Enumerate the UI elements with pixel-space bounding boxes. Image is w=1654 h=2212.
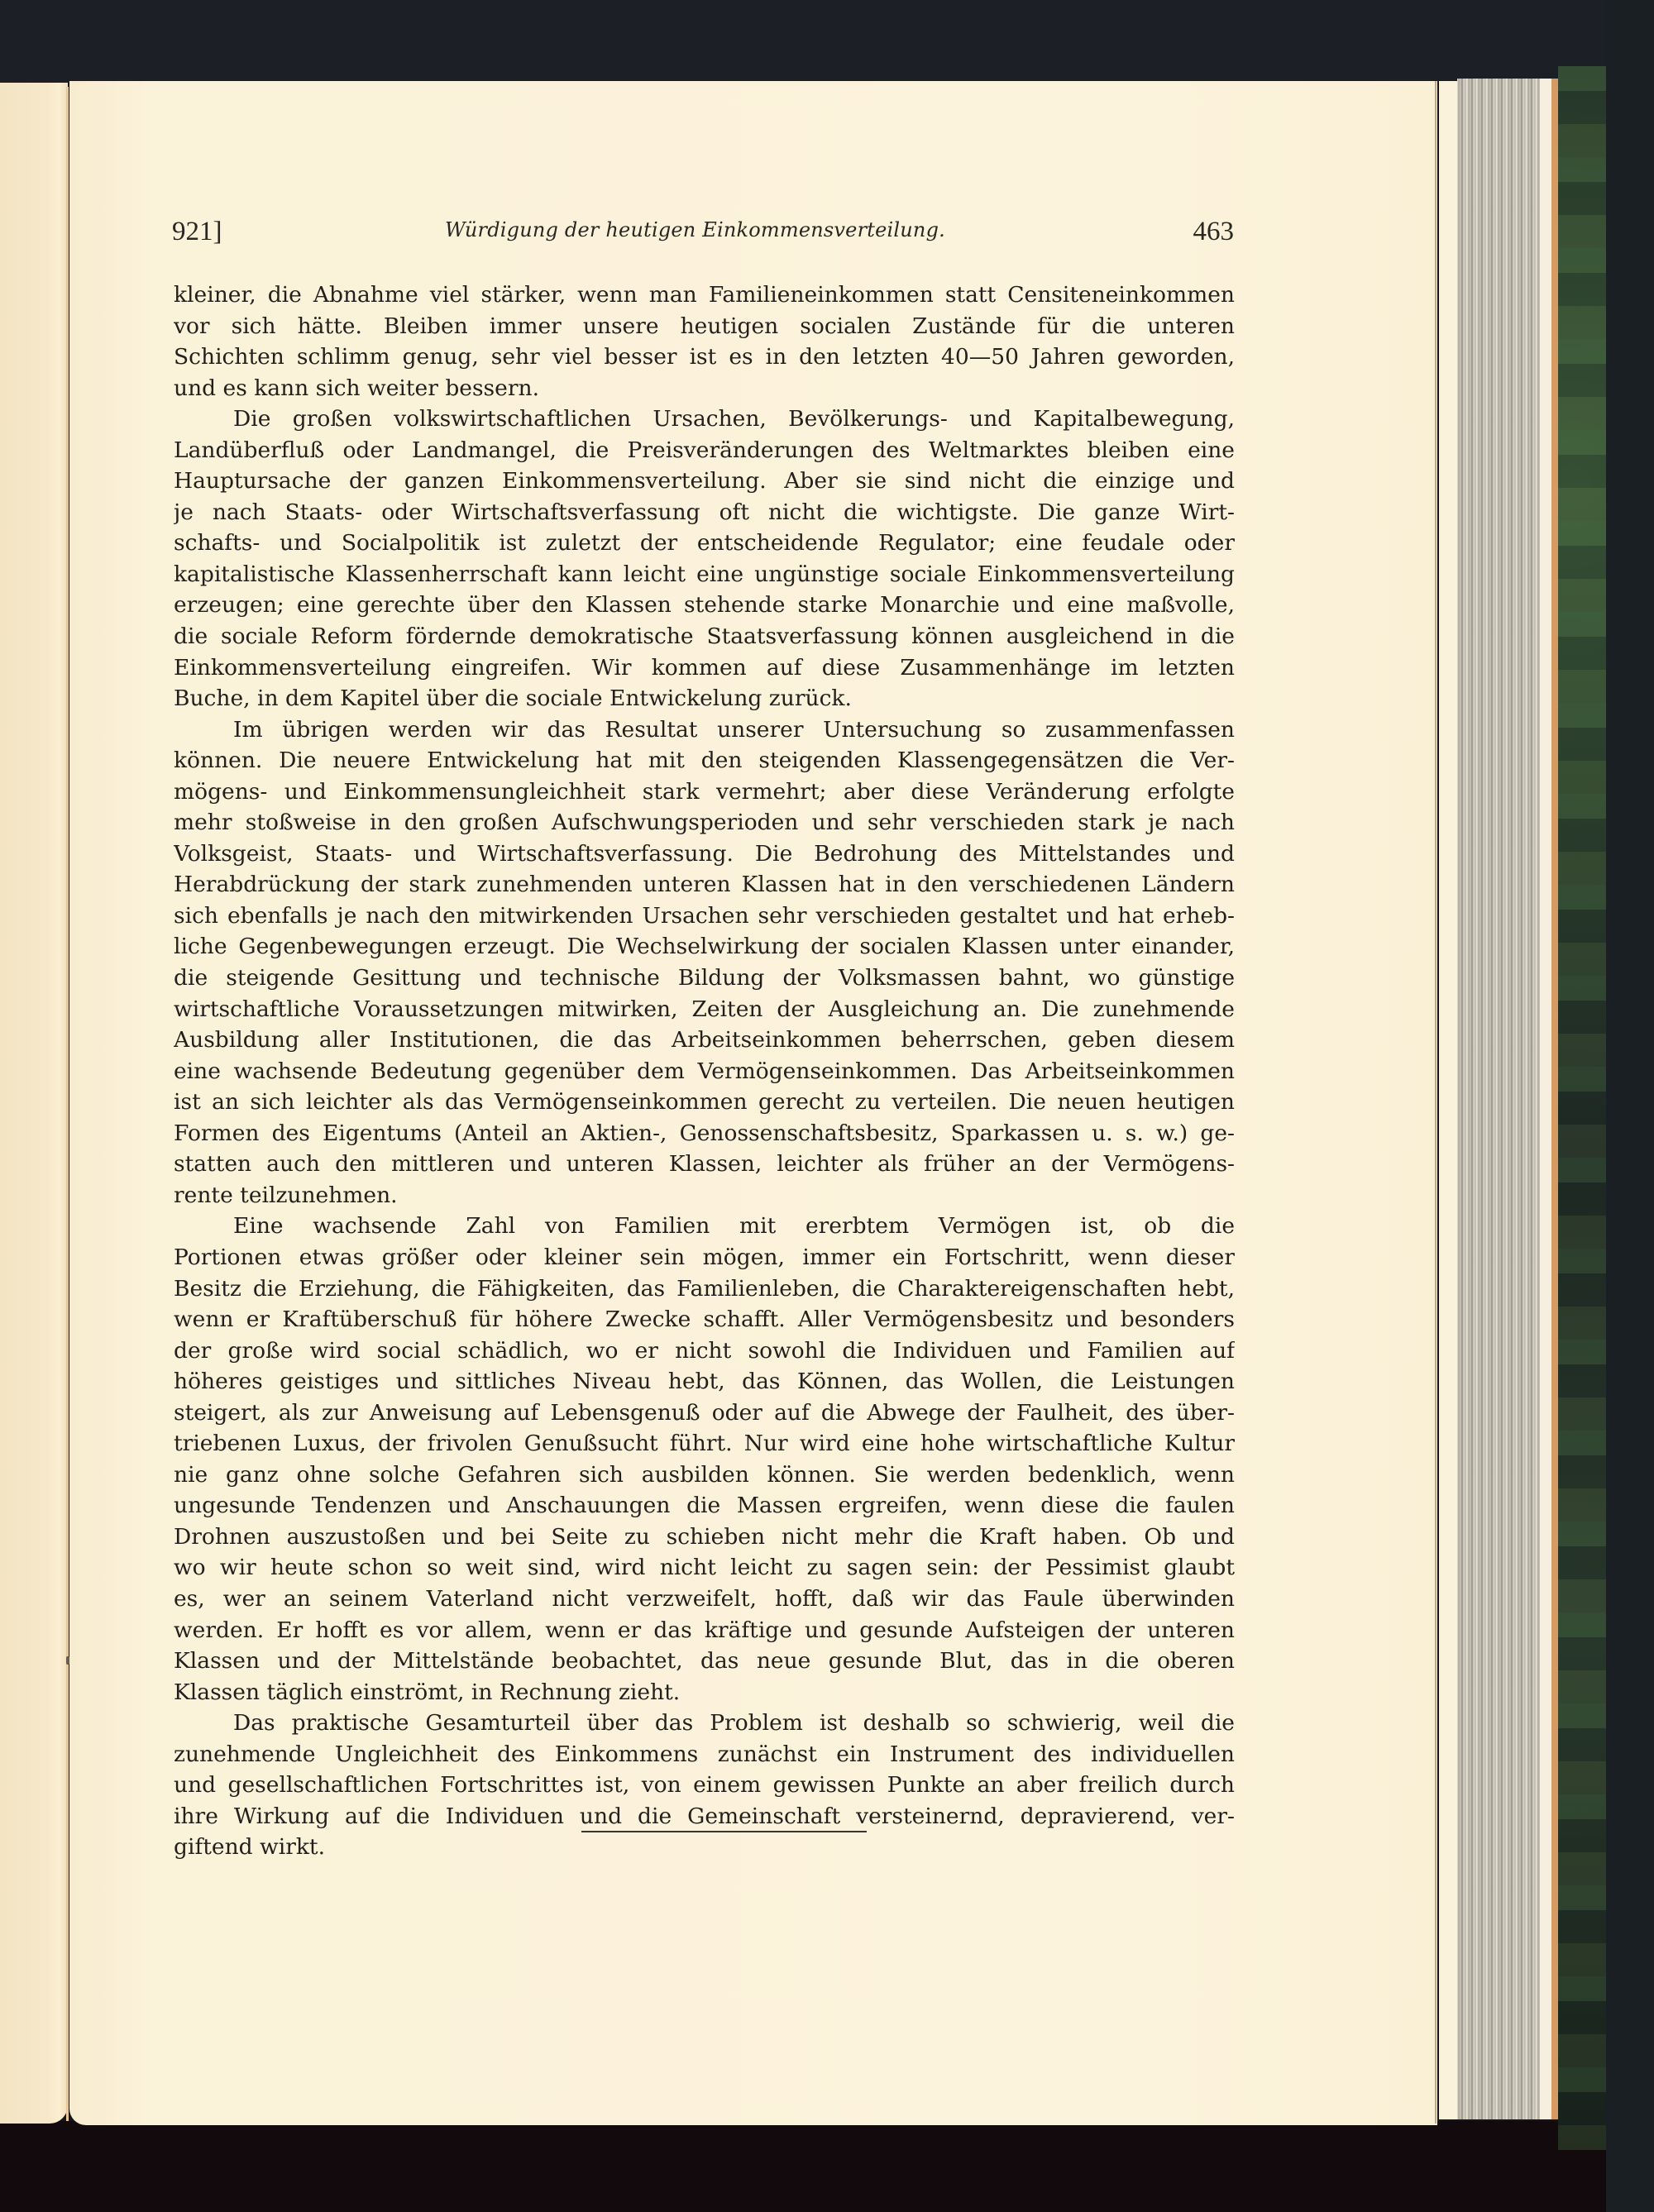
- page-stack-edge-light: [1540, 79, 1551, 2119]
- text-line: Drohnen auszustoßen und bei Seite zu sch…: [174, 1522, 1235, 1553]
- text-line: kapitalistische Klassenherrschaft kann l…: [174, 559, 1235, 590]
- text-line: schafts- und Socialpolitik ist zuletzt d…: [174, 528, 1235, 559]
- page-edge: [1435, 81, 1436, 2124]
- text-line: giftend wirkt.: [174, 1832, 1235, 1863]
- text-line: höheres geistiges und sittliches Niveau …: [174, 1366, 1235, 1397]
- text-line: mögens- und Einkommensungleichheit stark…: [174, 776, 1235, 808]
- section-marker: 921]: [172, 217, 222, 247]
- text-line: es, wer an seinem Vaterland nicht verzwe…: [174, 1584, 1235, 1615]
- text-line: die sociale Reform fördernde demokratisc…: [174, 621, 1235, 652]
- page-stack-gilt-edge: [1551, 79, 1558, 2119]
- running-head: 921] Würdigung der heutigen Einkommensve…: [172, 217, 1234, 250]
- text-line: ist an sich leichter als das Vermögensei…: [174, 1087, 1235, 1118]
- text-line: und es kann sich weiter bessern.: [174, 373, 1235, 404]
- text-line: Volksgeist, Staats- und Wirtschaftsverfa…: [174, 838, 1235, 870]
- text-line: sich ebenfalls je nach den mitwirkenden …: [174, 901, 1235, 932]
- text-line: und gesellschaftlichen Fortschrittes ist…: [174, 1770, 1235, 1801]
- text-line: rente teilzunehmen.: [174, 1180, 1235, 1211]
- text-line: werden. Er hofft es vor allem, wenn er d…: [174, 1615, 1235, 1646]
- text-line: Im übrigen werden wir das Resultat unser…: [174, 714, 1235, 746]
- text-line: ungesunde Tendenzen und Anschauungen die…: [174, 1490, 1235, 1522]
- gutter: [66, 87, 69, 2121]
- text-line: Herabdrückung der stark zunehmenden unte…: [174, 869, 1235, 901]
- text-line: ihre Wirkung auf die Individuen und die …: [174, 1801, 1235, 1832]
- text-line: statten auch den mittleren und unteren K…: [174, 1149, 1235, 1180]
- text-line: kleiner, die Abnahme viel stärker, wenn …: [174, 279, 1235, 311]
- text-line: erzeugen; eine gerechte über den Klassen…: [174, 590, 1235, 621]
- end-rule: [581, 1831, 867, 1832]
- marbled-cover-edge: [1558, 66, 1606, 2150]
- text-line: Das praktische Gesamturteil über das Pro…: [174, 1708, 1235, 1739]
- text-line: Schichten schlimm genug, sehr viel besse…: [174, 342, 1235, 373]
- text-line: zunehmende Ungleichheit des Einkommens z…: [174, 1739, 1235, 1770]
- body-text: kleiner, die Abnahme viel stärker, wenn …: [174, 279, 1235, 1863]
- page-stack-edges: [1457, 79, 1540, 2119]
- text-line: die steigende Gesittung und technische B…: [174, 963, 1235, 994]
- facing-page-left: [0, 83, 68, 2124]
- text-line: vor sich hätte. Bleiben immer unsere heu…: [174, 311, 1235, 342]
- text-line: steigert, als zur Anweisung auf Lebensge…: [174, 1397, 1235, 1429]
- paper-blemish: [66, 1656, 69, 1665]
- text-line: wenn er Kraftüberschuß für höhere Zwecke…: [174, 1304, 1235, 1335]
- text-line: wirtschaftliche Voraussetzungen mitwirke…: [174, 994, 1235, 1025]
- text-line: Eine wachsende Zahl von Familien mit ere…: [174, 1211, 1235, 1242]
- text-line: liche Gegenbewegungen erzeugt. Die Wechs…: [174, 931, 1235, 963]
- text-line: Besitz die Erziehung, die Fähigkeiten, d…: [174, 1273, 1235, 1305]
- text-line: triebenen Luxus, der frivolen Genußsucht…: [174, 1428, 1235, 1460]
- text-line: Ausbildung aller Institutionen, die das …: [174, 1025, 1235, 1056]
- scan-background-top: [0, 0, 1654, 83]
- text-line: Buche, in dem Kapitel über die sociale E…: [174, 683, 1235, 714]
- text-line: nie ganz ohne solche Gefahren sich ausbi…: [174, 1460, 1235, 1491]
- text-line: Klassen täglich einströmt, in Rechnung z…: [174, 1677, 1235, 1708]
- text-line: können. Die neuere Entwickelung hat mit …: [174, 745, 1235, 776]
- text-line: eine wachsende Bedeutung gegenüber dem V…: [174, 1056, 1235, 1087]
- running-title: Würdigung der heutigen Einkommensverteil…: [445, 218, 945, 241]
- page-margin-strip: [1439, 81, 1457, 2119]
- text-line: Einkommensverteilung eingreifen. Wir kom…: [174, 652, 1235, 684]
- page-number: 463: [1193, 217, 1235, 247]
- text-line: Hauptursache der ganzen Einkommensvertei…: [174, 466, 1235, 497]
- text-line: Klassen und der Mittelstände beobachtet,…: [174, 1646, 1235, 1677]
- book-cover: [1606, 0, 1654, 2212]
- text-line: Landüberfluß oder Landmangel, die Preisv…: [174, 435, 1235, 466]
- text-line: mehr stoßweise in den großen Aufschwungs…: [174, 807, 1235, 838]
- text-line: wo wir heute schon so weit sind, wird ni…: [174, 1552, 1235, 1584]
- text-line: Formen des Eigentums (Anteil an Aktien-,…: [174, 1118, 1235, 1149]
- scan-background-bottom: [0, 2121, 1654, 2212]
- text-line: der große wird social schädlich, wo er n…: [174, 1335, 1235, 1367]
- text-line: je nach Staats- oder Wirtschaftsverfassu…: [174, 497, 1235, 528]
- text-line: Die großen volkswirtschaftlichen Ursache…: [174, 404, 1235, 435]
- text-line: Portionen etwas größer oder kleiner sein…: [174, 1242, 1235, 1273]
